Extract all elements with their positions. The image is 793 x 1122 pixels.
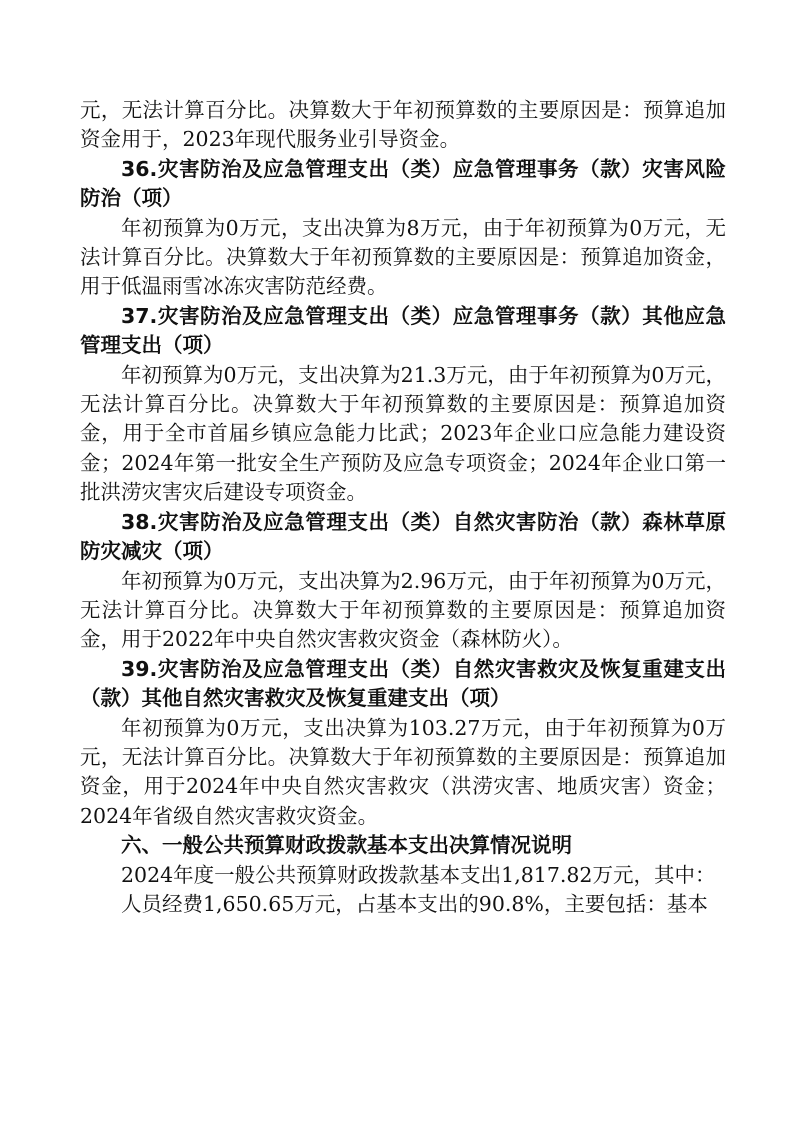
paragraph-continuation: 元，无法计算百分比。决算数大于年初预算数的主要原因是：预算追加资金用于，2023… xyxy=(80,96,726,155)
section-heading-36: 36.灾害防治及应急管理支出（类）应急管理事务（款）灾害风险防治（项） xyxy=(80,155,726,214)
paragraph-personnel-expenses: 人员经费1,650.65万元，占基本支出的90.8%，主要包括：基本 xyxy=(80,890,726,919)
paragraph-39-body: 年初预算为0万元，支出决算为103.27万元，由于年初预算为0万元，无法计算百分… xyxy=(80,714,726,832)
paragraph-36-body: 年初预算为0万元，支出决算为8万元，由于年初预算为0万元，无法计算百分比。决算数… xyxy=(80,214,726,302)
paragraph-basic-expenditure: 2024年度一般公共预算财政拨款基本支出1,817.82万元，其中： xyxy=(80,861,726,890)
document-page: 元，无法计算百分比。决算数大于年初预算数的主要原因是：预算追加资金用于，2023… xyxy=(80,96,726,919)
paragraph-38-body: 年初预算为0万元，支出决算为2.96万元，由于年初预算为0万元，无法计算百分比。… xyxy=(80,567,726,655)
section-heading-39: 39.灾害防治及应急管理支出（类）自然灾害救灾及恢复重建支出（款）其他自然灾害救… xyxy=(80,655,726,714)
paragraph-37-body: 年初预算为0万元，支出决算为21.3万元，由于年初预算为0万元，无法计算百分比。… xyxy=(80,361,726,508)
section-heading-38: 38.灾害防治及应急管理支出（类）自然灾害防治（款）森林草原防灾减灾（项） xyxy=(80,508,726,567)
section-heading-six: 六、一般公共预算财政拨款基本支出决算情况说明 xyxy=(80,831,726,860)
section-heading-37: 37.灾害防治及应急管理支出（类）应急管理事务（款）其他应急管理支出（项） xyxy=(80,302,726,361)
